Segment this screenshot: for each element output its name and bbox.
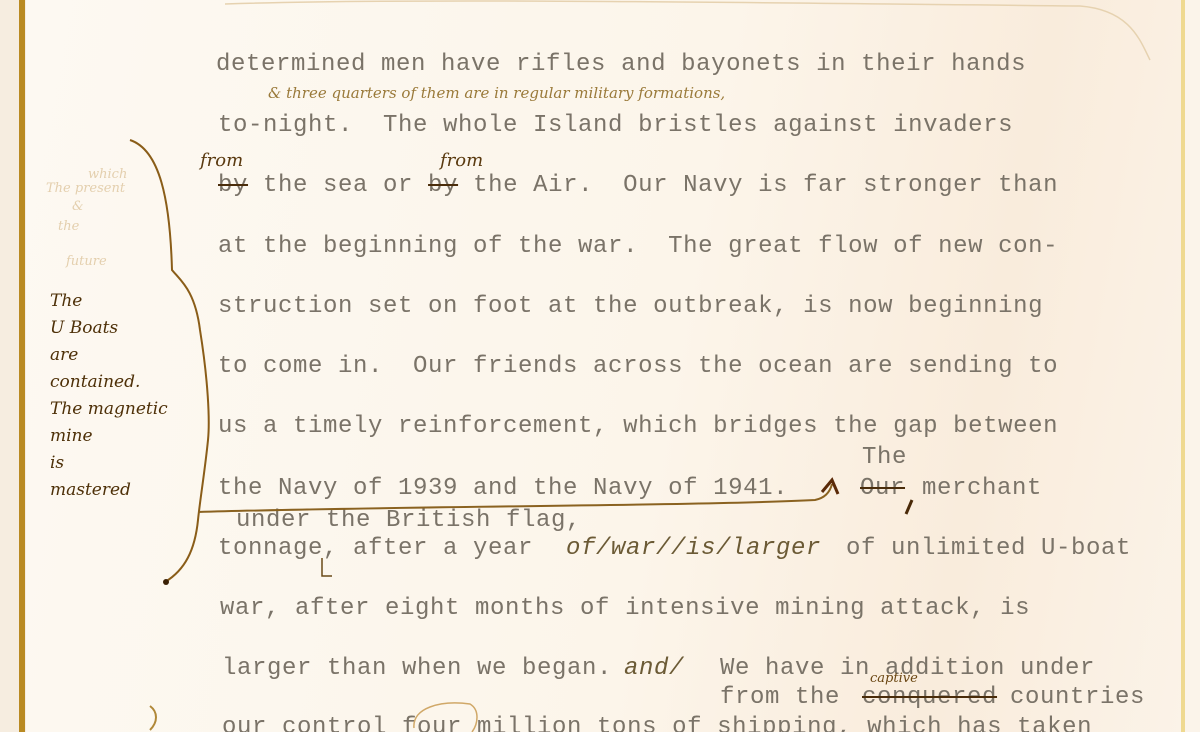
struck-word-conquered: conquered (862, 686, 997, 710)
faint-margin-note-4: the (58, 220, 79, 233)
typed-line-7: us a timely reinforcement, which bridges… (218, 415, 1058, 439)
faint-margin-note-5: future (66, 255, 107, 268)
typed-line-12: our control four million tons of shippin… (222, 716, 1092, 732)
right-page-edge (1185, 0, 1200, 732)
typed-insert-countries: countries (1010, 686, 1145, 710)
margin-note-line-3: are (50, 342, 168, 369)
handwritten-insert-from-2: from (440, 152, 483, 170)
margin-note-line-4: contained. (50, 369, 168, 396)
struck-word-by-2: by (428, 172, 458, 199)
typed-line-9: tonnage, after a year (218, 537, 533, 561)
left-margin-rule (19, 0, 25, 732)
faint-margin-note-2: The present (46, 182, 125, 195)
margin-note-line-7: is (50, 450, 168, 477)
typed-insert-the: The (862, 446, 907, 470)
margin-note-line-5: The magnetic (50, 396, 168, 423)
typed-line-11: larger than when we began. (222, 657, 612, 681)
typed-line-3-rest: the Air. Our Navy is far stronger than (458, 172, 1058, 199)
struck-word-by-1: by (218, 172, 248, 199)
margin-note-line-1: The (50, 288, 168, 315)
typed-line-3: by the sea or by the Air. Our Navy is fa… (218, 174, 1058, 198)
typed-over-deletion: of/war//is/larger (566, 537, 821, 561)
typed-line-4: at the beginning of the war. The great f… (218, 235, 1058, 259)
handwritten-insert-three-quarters: & three quarters of them are in regular … (268, 86, 725, 101)
margin-note: The U Boats are contained. The magnetic … (50, 288, 168, 504)
typed-line-5: struction set on foot at the outbreak, i… (218, 295, 1043, 319)
typed-over-deletion-2: and/ (624, 657, 684, 681)
typed-line-3-mid: the sea or (248, 172, 428, 199)
faint-margin-note-3: & (72, 200, 84, 213)
typed-line-2: to-night. The whole Island bristles agai… (218, 114, 1013, 138)
typed-line-8: the Navy of 1939 and the Navy of 1941. (218, 477, 788, 501)
typed-line-6: to come in. Our friends across the ocean… (218, 355, 1058, 379)
typed-line-1: determined men have rifles and bayonets … (216, 53, 1026, 77)
handwritten-insert-from-1: from (200, 152, 243, 170)
faint-margin-note-1: which (88, 168, 127, 181)
typed-insert-from-the: from the (720, 686, 840, 710)
typed-line-10: war, after eight months of intensive min… (220, 597, 1030, 621)
margin-note-line-6: mine (50, 423, 168, 450)
typed-line-8-merchant: merchant (922, 477, 1042, 501)
typed-insert-british-flag: under the British flag, (236, 509, 581, 533)
struck-word-our: Our (860, 477, 905, 501)
margin-note-line-8: mastered (50, 477, 168, 504)
typed-line-9-rest: of unlimited U-boat (846, 537, 1131, 561)
margin-note-line-2: U Boats (50, 315, 168, 342)
